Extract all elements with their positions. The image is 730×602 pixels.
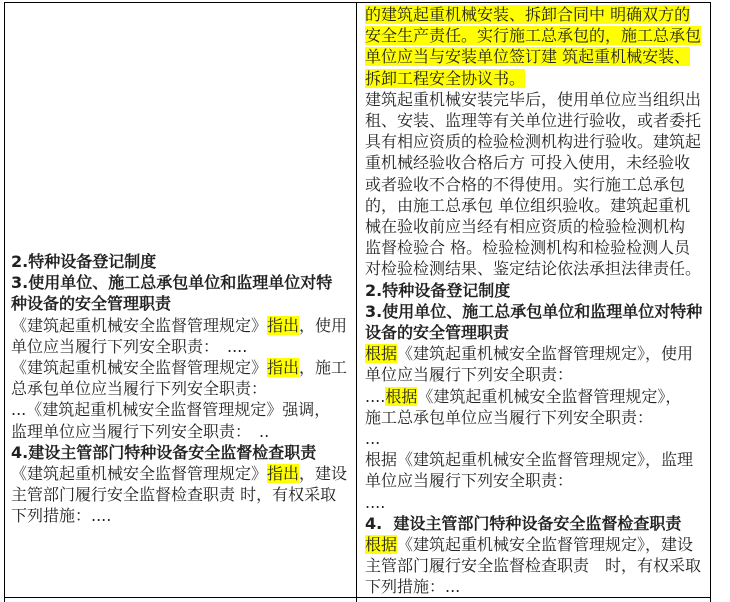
text-run: 《建筑起重机械安全监督管理规定》 [11,464,267,483]
text-run: 建筑起重机械安装完毕后，使用单位应当组织出 租、安装、监理等有关单位进行验收，或… [365,90,701,279]
text-run: 根据《建筑起重机械安全监督管理规定》，监理 单位应当履行下列安全职责： .... [365,450,693,511]
text-run: 《建筑起重机械安全监督管理规定》 [11,358,267,377]
text-run: 《建筑起重机械安全监督管理规定》，建设 主管部门履行安全监督检查职责 时，有权采… [365,535,701,596]
highlighted-run: 指出 [267,358,299,377]
left-column-cell: 2.特种设备登记制度 3.使用单位、施工总承包单位和监理单位对特 种设备的安全管… [5,3,356,597]
highlighted-run: 根据 [365,535,397,554]
heading-run: 3.使用单位、施工总承包单位和监理单位对特种 设备的安全管理职责 [365,302,702,342]
text-run: 《建筑起重机械安全监督管理规定》 [11,316,267,335]
text-run: ...《建筑起重机械安全监督管理规定》强调， 监理单位应当履行下列安全职责： .… [11,400,330,440]
right-column-cell: 的建筑起重机械安装、拆卸合同中 明确双方的 安全生产责任。实行施工总承包的，施工… [357,3,710,597]
heading-run: 3.使用单位、施工总承包单位和监理单位对特 种设备的安全管理职责 [11,273,332,313]
highlighted-run: 根据 [385,387,417,406]
heading-run: 2.特种设备登记制度 [365,281,510,300]
highlighted-run: 的建筑起重机械安装、拆卸合同中 明确双方的 安全生产责任。实行施工总承包的，施工… [365,5,701,88]
highlighted-run: 根据 [365,344,397,363]
table-border-bottom [4,597,711,598]
heading-run: 4. 建设主管部门特种设备安全监督检查职责 [365,514,681,533]
document-page: 2.特种设备登记制度 3.使用单位、施工总承包单位和监理单位对特 种设备的安全管… [0,0,730,602]
heading-run: 2.特种设备登记制度 [11,252,156,271]
table-border-right [710,2,711,602]
highlighted-run: 指出 [267,316,299,335]
highlighted-run: 指出 [267,464,299,483]
heading-run: 4.建设主管部门特种设备安全监督检查职责 [11,443,316,462]
